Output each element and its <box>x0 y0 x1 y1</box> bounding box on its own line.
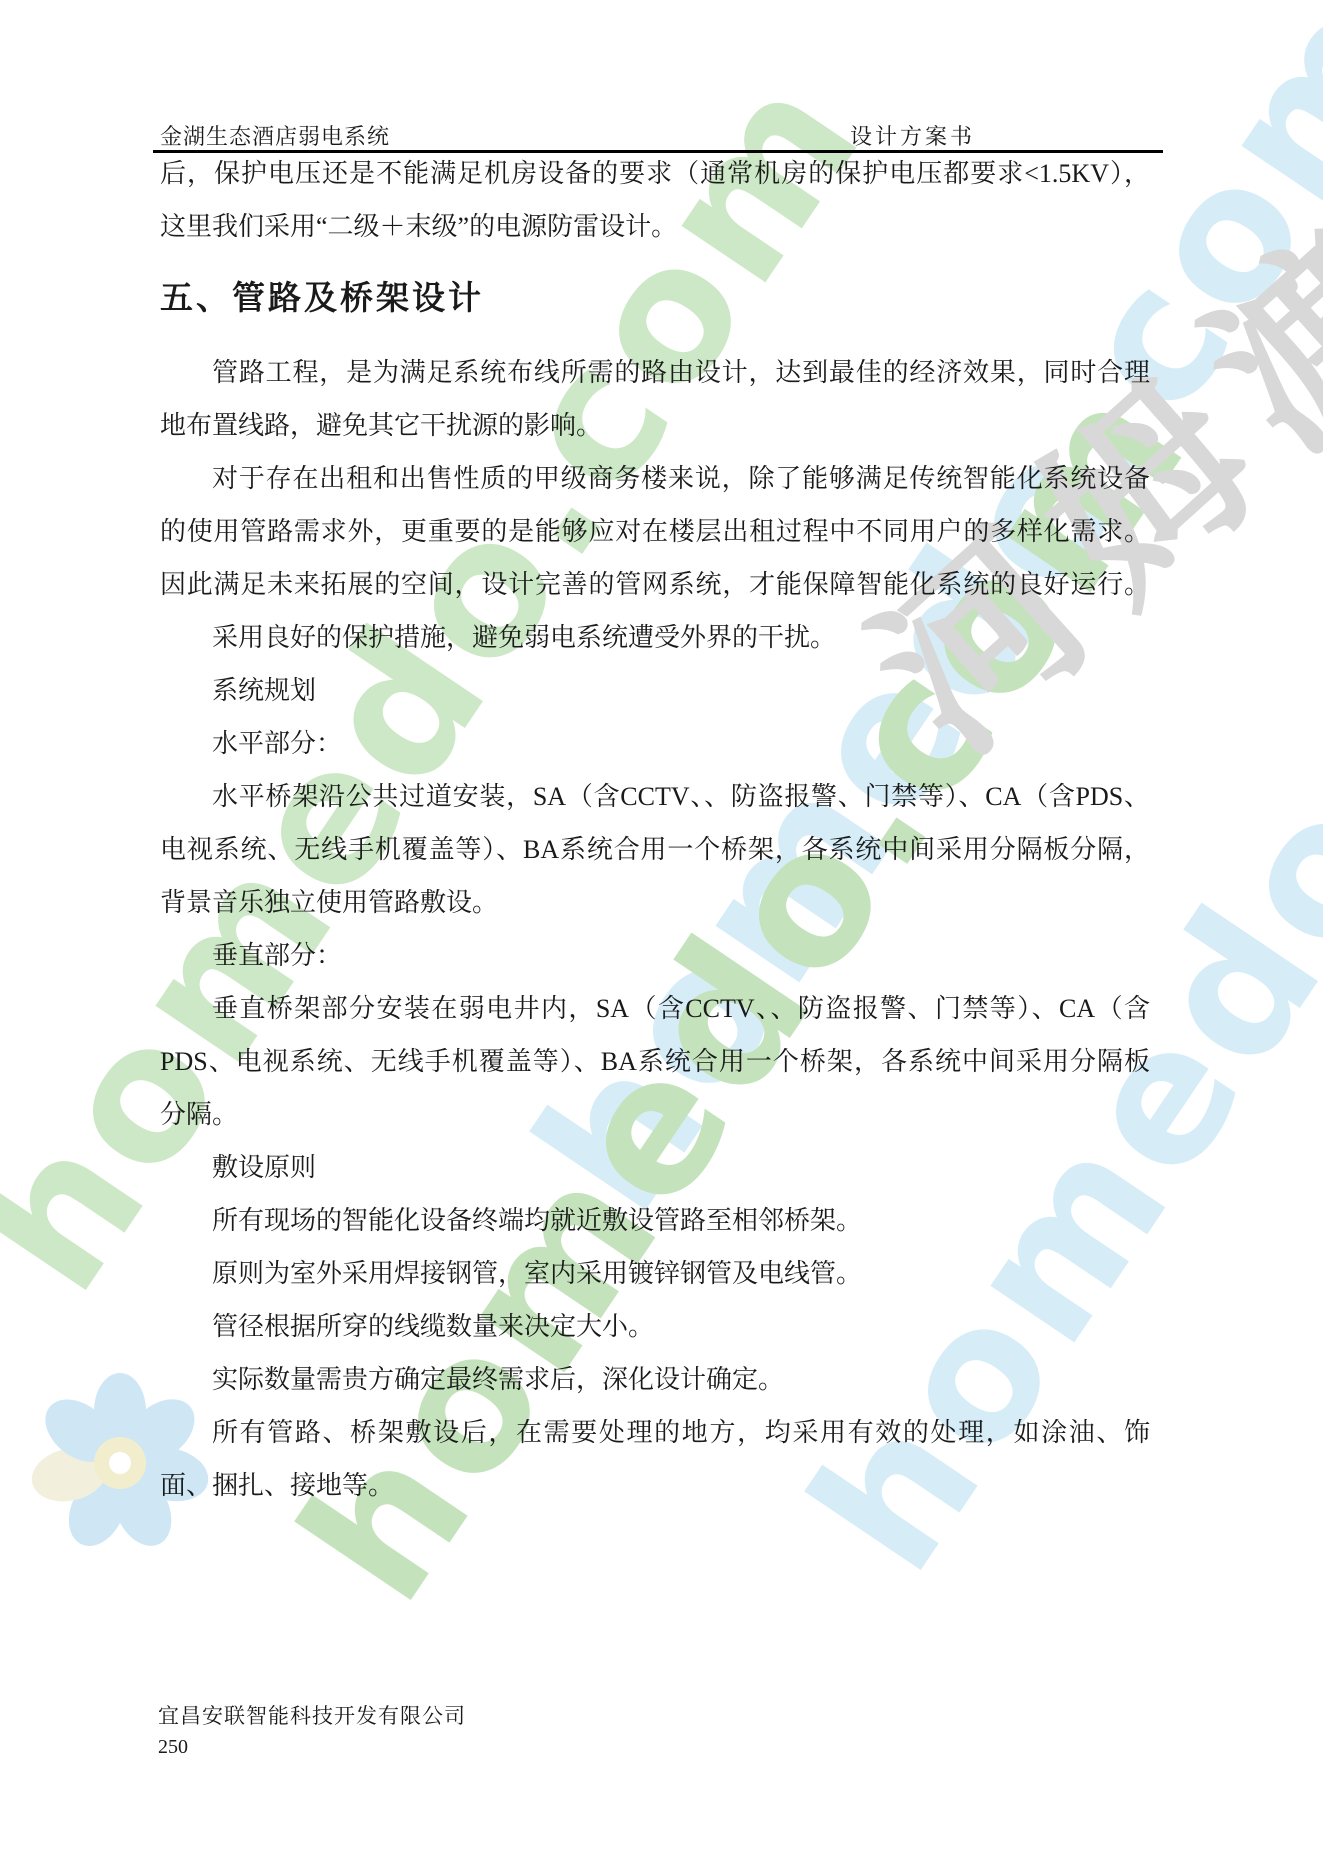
body-line: 所有管路、桥架敷设后，在需要处理的地方，均采用有效的处理，如涂油、饰 <box>160 1406 1150 1459</box>
body-text: 后，保护电压还是不能满足机房设备的要求（通常机房的保护电压都要求<1.5KV），… <box>160 147 1150 1512</box>
body-line: 水平部分： <box>160 717 1150 770</box>
footer-page-number: 250 <box>158 1736 188 1759</box>
intro-lines: 后，保护电压还是不能满足机房设备的要求（通常机房的保护电压都要求<1.5KV），… <box>160 147 1150 253</box>
body-line: 背景音乐独立使用管路敷设。 <box>160 876 1150 929</box>
body-line: 水平桥架沿公共过道安装，SA（含CCTV、、防盗报警、门禁等）、CA（含PDS、 <box>160 770 1150 823</box>
body-line: 垂直部分： <box>160 929 1150 982</box>
content-layer: 金湖生态酒店弱电系统 设计方案书 后，保护电压还是不能满足机房设备的要求（通常机… <box>0 0 1323 1871</box>
body-line: 因此满足未来拓展的空间，设计完善的管网系统，才能保障智能化系统的良好运行。 <box>160 558 1150 611</box>
body-line: 管路工程，是为满足系统布线所需的路由设计，达到最佳的经济效果，同时合理 <box>160 346 1150 399</box>
section-lines: 管路工程，是为满足系统布线所需的路由设计，达到最佳的经济效果，同时合理地布置线路… <box>160 346 1150 1512</box>
section-heading: 五、管路及桥架设计 <box>160 253 1150 346</box>
body-line: 敷设原则 <box>160 1141 1150 1194</box>
document-page: homedo.com homedo.com homedo.com homedo.… <box>0 0 1323 1871</box>
body-line: 面、捆扎、接地等。 <box>160 1459 1150 1512</box>
body-line: 采用良好的保护措施，避免弱电系统遭受外界的干扰。 <box>160 611 1150 664</box>
body-line: 管径根据所穿的线缆数量来决定大小。 <box>160 1300 1150 1353</box>
body-line: 垂直桥架部分安装在弱电井内，SA（含CCTV、、防盗报警、门禁等）、CA（含 <box>160 982 1150 1035</box>
body-line: 电视系统、无线手机覆盖等）、BA系统合用一个桥架，各系统中间采用分隔板分隔， <box>160 823 1150 876</box>
body-line: 实际数量需贵方确定最终需求后，深化设计确定。 <box>160 1353 1150 1406</box>
body-line: 分隔。 <box>160 1088 1150 1141</box>
body-line: 原则为室外采用焊接钢管，室内采用镀锌钢管及电线管。 <box>160 1247 1150 1300</box>
body-line: 对于存在出租和出售性质的甲级商务楼来说，除了能够满足传统智能化系统设备 <box>160 452 1150 505</box>
body-line: 后，保护电压还是不能满足机房设备的要求（通常机房的保护电压都要求<1.5KV）， <box>160 147 1150 200</box>
body-line: 这里我们采用“二级＋末级”的电源防雷设计。 <box>160 200 1150 253</box>
body-line: 系统规划 <box>160 664 1150 717</box>
body-line: 所有现场的智能化设备终端均就近敷设管路至相邻桥架。 <box>160 1194 1150 1247</box>
body-line: 地布置线路，避免其它干扰源的影响。 <box>160 399 1150 452</box>
body-line: 的使用管路需求外，更重要的是能够应对在楼层出租过程中不同用户的多样化需求。 <box>160 505 1150 558</box>
footer-company: 宜昌安联智能科技开发有限公司 <box>158 1700 466 1730</box>
body-line: PDS、电视系统、无线手机覆盖等）、BA系统合用一个桥架，各系统中间采用分隔板 <box>160 1035 1150 1088</box>
